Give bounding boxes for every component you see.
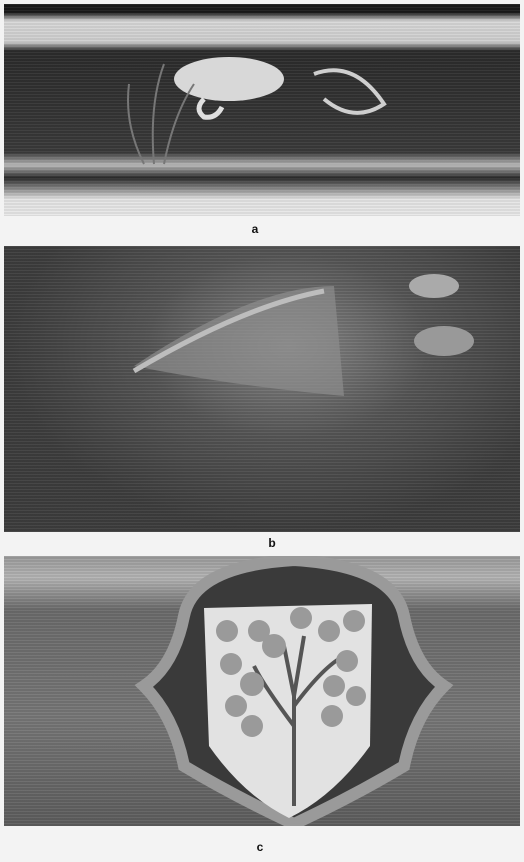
animal-figure-illustration (4, 4, 520, 216)
photo-panel-b (4, 246, 520, 532)
winged-figure-illustration (4, 246, 520, 532)
panel-label-c: c (250, 840, 270, 854)
photo-panel-c (4, 556, 520, 826)
photo-panel-a (4, 4, 520, 216)
panel-label-a: a (245, 222, 265, 236)
panel-label-b: b (262, 536, 282, 550)
shield-cartouche-illustration (4, 556, 520, 826)
